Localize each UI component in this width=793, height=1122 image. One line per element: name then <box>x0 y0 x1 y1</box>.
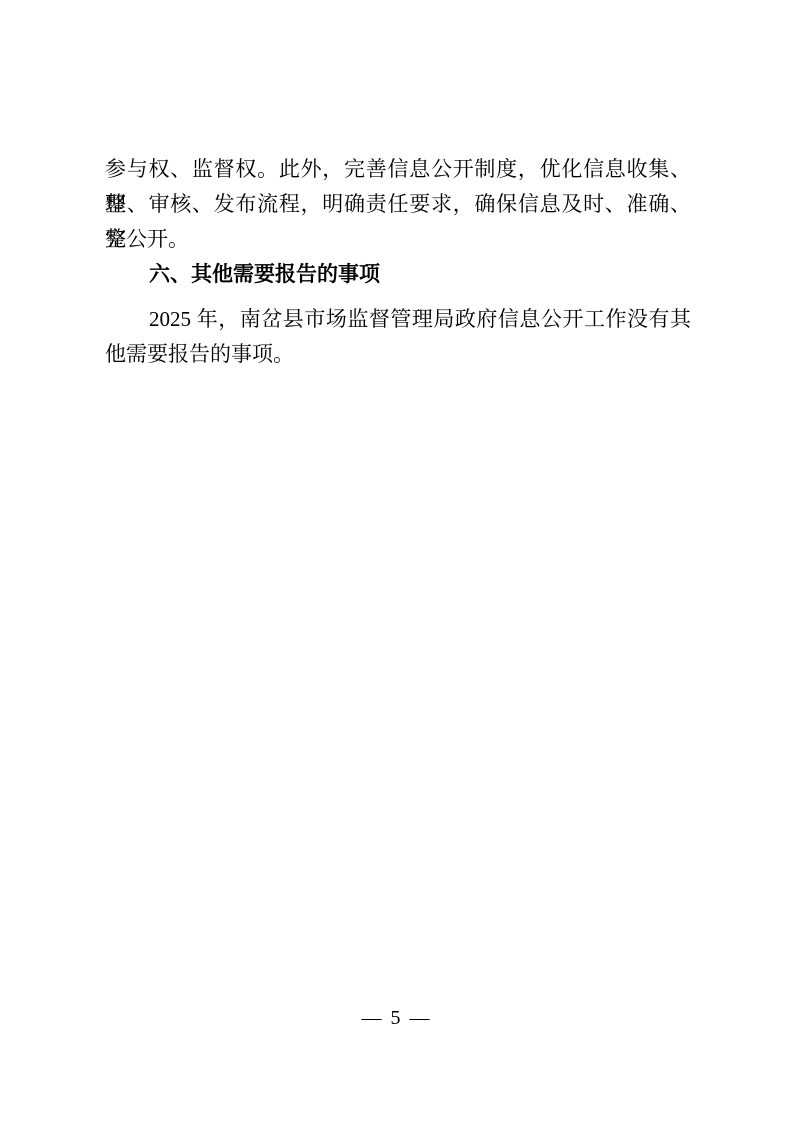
page-number: — 5 — <box>0 1003 793 1033</box>
body-line: 参与权、监督权。此外，完善信息公开制度，优化信息收集、整 <box>105 152 691 187</box>
paragraph-continuation: 参与权、监督权。此外，完善信息公开制度，优化信息收集、整 理、审核、发布流程，明… <box>105 152 691 257</box>
body-line: 整公开。 <box>105 222 691 257</box>
body-line: 他需要报告的事项。 <box>105 337 691 372</box>
document-page: 参与权、监督权。此外，完善信息公开制度，优化信息收集、整 理、审核、发布流程，明… <box>0 0 793 1122</box>
section-heading: 六、其他需要报告的事项 <box>105 257 691 292</box>
body-line: 2025 年，南岔县市场监督管理局政府信息公开工作没有其 <box>105 302 691 337</box>
document-body: 参与权、监督权。此外，完善信息公开制度，优化信息收集、整 理、审核、发布流程，明… <box>105 152 691 372</box>
section-paragraph: 2025 年，南岔县市场监督管理局政府信息公开工作没有其 他需要报告的事项。 <box>105 302 691 372</box>
body-line: 理、审核、发布流程，明确责任要求，确保信息及时、准确、完 <box>105 187 691 222</box>
